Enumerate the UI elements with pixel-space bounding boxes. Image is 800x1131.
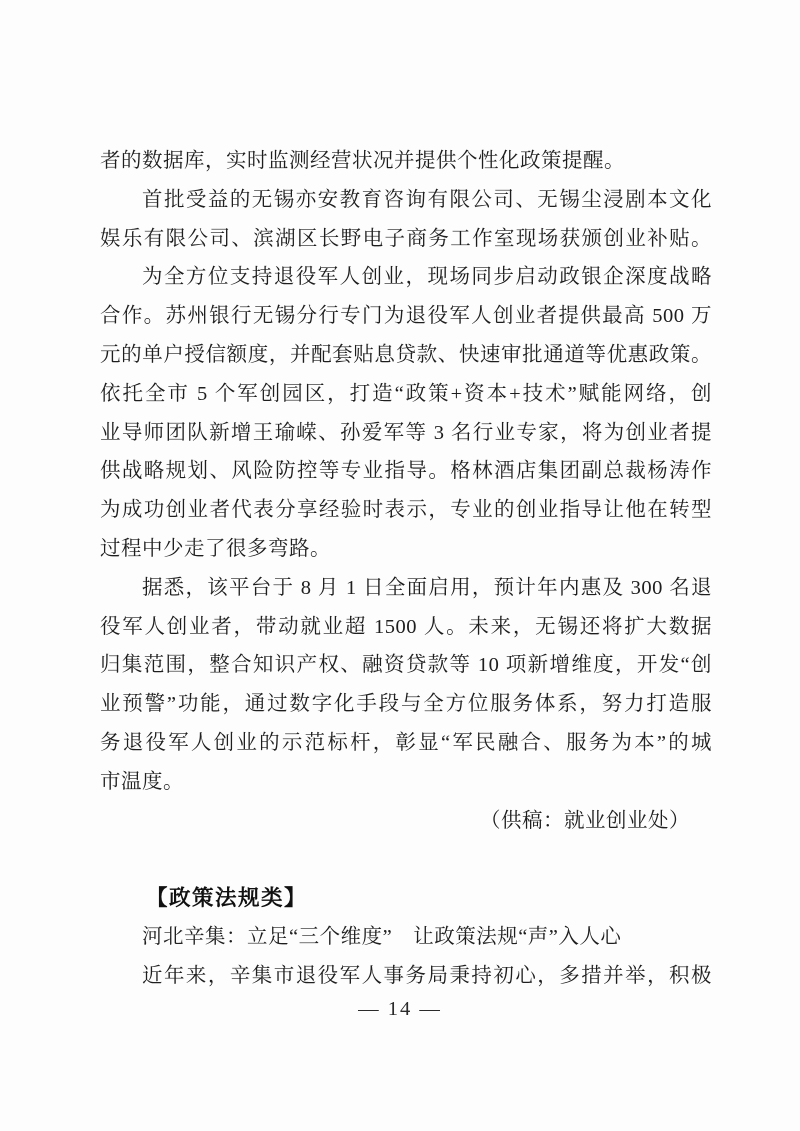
text-line: 合作。苏州银行无锡分行专门为退役军人创业者提供最高 500 万 <box>100 297 712 336</box>
text-line: 为成功创业者代表分享经验时表示，专业的创业指导让他在转型 <box>100 491 712 530</box>
document-page: 者的数据库，实时监测经营状况并提供个性化政策提醒。首批受益的无锡亦安教育咨询有限… <box>0 0 800 1131</box>
text-line: 娱乐有限公司、滨湖区长野电子商务工作室现场获颁创业补贴。 <box>100 220 712 259</box>
text-line: 据悉，该平台于 8 月 1 日全面启用，预计年内惠及 300 名退 <box>100 569 712 608</box>
page-footer: — 14 — <box>0 994 800 1024</box>
text-line: 者的数据库，实时监测经营状况并提供个性化政策提醒。 <box>100 142 712 181</box>
text-line: 业导师团队新增王瑜嵘、孙爱军等 3 名行业专家，将为创业者提 <box>100 414 712 453</box>
page-number: — 14 — <box>358 998 442 1020</box>
text-line: 役军人创业者，带动就业超 1500 人。未来，无锡还将扩大数据 <box>100 608 712 647</box>
text-line: 近年来，辛集市退役军人事务局秉持初心，多措并举，积极 <box>100 957 712 996</box>
text-line: 供战略规划、风险防控等专业指导。格林酒店集团副总裁杨涛作 <box>100 452 712 491</box>
text-line: 市温度。 <box>100 763 712 802</box>
text-line: 过程中少走了很多弯路。 <box>100 530 712 569</box>
text-line: 为全方位支持退役军人创业，现场同步启动政银企深度战略 <box>100 258 712 297</box>
blank-line <box>100 840 712 879</box>
section-heading: 【政策法规类】 <box>100 879 712 918</box>
text-line: 首批受益的无锡亦安教育咨询有限公司、无锡尘浸剧本文化 <box>100 181 712 220</box>
text-line: 业预警”功能，通过数字化手段与全方位服务体系，努力打造服 <box>100 685 712 724</box>
attribution-line: （供稿：就业创业处） <box>100 802 712 841</box>
text-line: 元的单户授信额度，并配套贴息贷款、快速审批通道等优惠政策。 <box>100 336 712 375</box>
text-line: 依托全市 5 个军创园区，打造“政策+资本+技术”赋能网络，创 <box>100 375 712 414</box>
text-line: 归集范围，整合知识产权、融资贷款等 10 项新增维度，开发“创 <box>100 646 712 685</box>
text-line: 河北辛集：立足“三个维度” 让政策法规“声”入人心 <box>100 918 712 957</box>
document-body: 者的数据库，实时监测经营状况并提供个性化政策提醒。首批受益的无锡亦安教育咨询有限… <box>100 142 712 996</box>
text-line: 务退役军人创业的示范标杆，彰显“军民融合、服务为本”的城 <box>100 724 712 763</box>
